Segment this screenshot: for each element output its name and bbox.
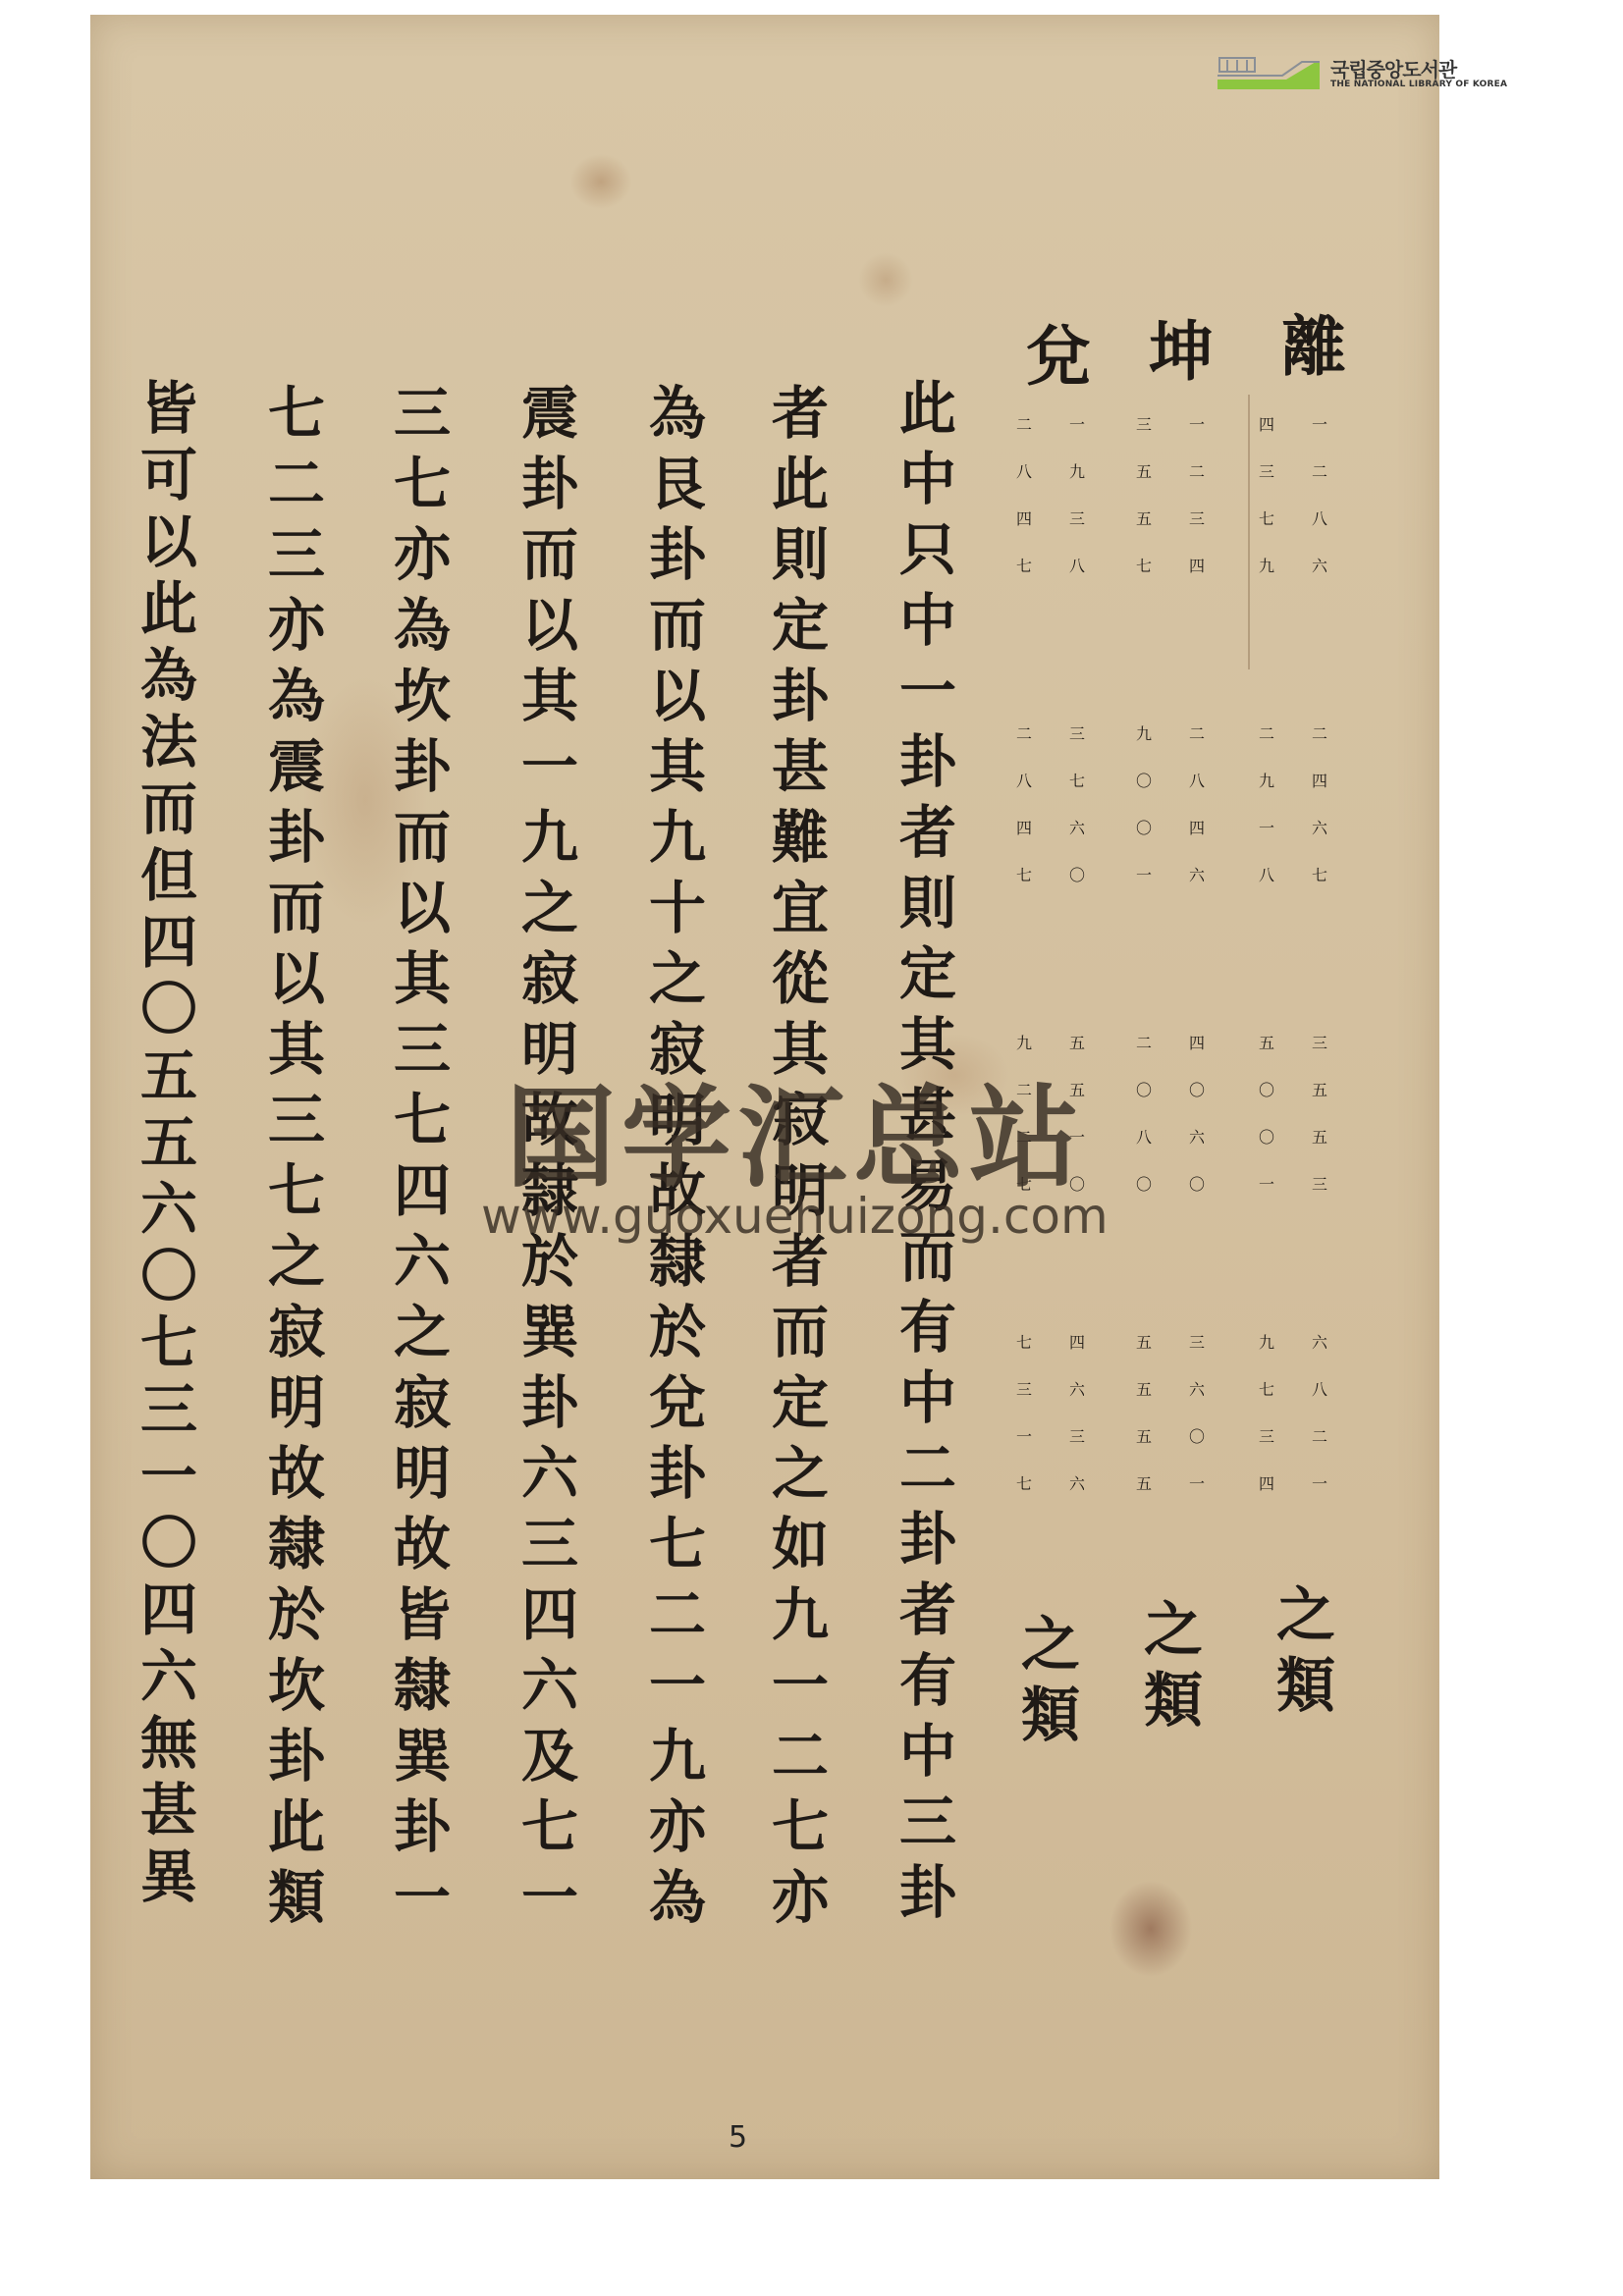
- number-column: 一二三四: [1172, 412, 1221, 601]
- number-digit: 五: [1312, 1078, 1327, 1125]
- number-digit: 七: [1259, 507, 1274, 554]
- number-column: 一九三八: [1053, 412, 1102, 601]
- number-digit: 一: [1016, 1424, 1032, 1471]
- number-digit: 九: [1136, 721, 1152, 769]
- prose-column-6: 七二三亦為震卦而以其三七之寂明故隸於坎卦此類: [257, 383, 326, 1938]
- number-digit: 五: [1136, 507, 1152, 554]
- number-column: 二九一八: [1242, 721, 1291, 910]
- number-digit: 二: [1312, 721, 1327, 769]
- number-column: 二八四七: [1000, 412, 1049, 601]
- number-column: 三七六〇: [1053, 721, 1102, 910]
- table-heading-kun: 坤: [1149, 299, 1214, 393]
- number-digit: 五: [1312, 1125, 1327, 1172]
- library-logo: 국립중앙도서관 THE NATIONAL LIBRARY OF KOREA: [1217, 54, 1512, 98]
- number-digit: 七: [1259, 1377, 1274, 1424]
- number-digit: 一: [1259, 816, 1274, 863]
- number-digit: 二: [1312, 1424, 1327, 1471]
- number-group: 一二八六 四三七九: [1242, 412, 1344, 601]
- table-heading-dui: 兌: [1026, 304, 1091, 398]
- number-digit: 七: [1016, 1330, 1032, 1377]
- number-group: 一二三四 三五五七: [1119, 412, 1221, 601]
- number-digit: 五: [1136, 1424, 1152, 1471]
- number-digit: 一: [1312, 412, 1327, 459]
- number-digit: 二: [1136, 1031, 1152, 1078]
- number-digit: 三: [1259, 459, 1274, 507]
- number-digit: 七: [1069, 769, 1085, 816]
- number-digit: 三: [1069, 1424, 1085, 1471]
- number-column: 九七三四: [1242, 1330, 1291, 1519]
- number-digit: 〇: [1189, 1172, 1205, 1219]
- number-group: 四六三六 七三一七: [1000, 1330, 1102, 1519]
- number-digit: 五: [1136, 1471, 1152, 1519]
- number-digit: 八: [1312, 1377, 1327, 1424]
- number-digit: 二: [1312, 459, 1327, 507]
- number-digit: 六: [1312, 816, 1327, 863]
- number-digit: 二: [1189, 459, 1205, 507]
- library-name-english: THE NATIONAL LIBRARY OF KOREA: [1330, 80, 1507, 89]
- suffix-char: 之: [1144, 1595, 1203, 1666]
- number-digit: 六: [1069, 1471, 1085, 1519]
- number-column: 六八二一: [1295, 1330, 1344, 1519]
- number-digit: 六: [1312, 1330, 1327, 1377]
- number-group: 三五五三 五〇〇一: [1242, 1031, 1344, 1219]
- number-digit: 九: [1259, 1330, 1274, 1377]
- number-digit: 三: [1259, 1424, 1274, 1471]
- number-column: 四六三六: [1053, 1330, 1102, 1519]
- number-digit: 九: [1259, 769, 1274, 816]
- table-suffix: 之類: [1276, 1580, 1335, 1722]
- number-digit: 〇: [1259, 1078, 1274, 1125]
- number-digit: 八: [1189, 769, 1205, 816]
- watermark-title: 国学汇总站: [506, 1050, 1085, 1208]
- number-digit: 〇: [1189, 1078, 1205, 1125]
- number-digit: 五: [1136, 1377, 1152, 1424]
- number-column: 九〇〇一: [1119, 721, 1168, 910]
- number-digit: 四: [1069, 1330, 1085, 1377]
- number-column: 二八四六: [1172, 721, 1221, 910]
- number-column: 三六〇一: [1172, 1330, 1221, 1519]
- number-column: 七三一七: [1000, 1330, 1049, 1519]
- number-column: 二〇八〇: [1119, 1031, 1168, 1219]
- number-digit: 〇: [1136, 769, 1152, 816]
- number-digit: 三: [1312, 1031, 1327, 1078]
- number-digit: 二: [1259, 721, 1274, 769]
- number-digit: 六: [1189, 1125, 1205, 1172]
- number-digit: 二: [1016, 412, 1032, 459]
- number-group: 二四六七 二九一八: [1242, 721, 1344, 910]
- number-digit: 八: [1136, 1125, 1152, 1172]
- number-digit: 三: [1136, 412, 1152, 459]
- table-suffix: 之類: [1144, 1595, 1203, 1736]
- number-digit: 〇: [1136, 816, 1152, 863]
- number-group: 一九三八 二八四七: [1000, 412, 1102, 601]
- number-digit: 〇: [1069, 863, 1085, 910]
- number-digit: 八: [1069, 554, 1085, 601]
- suffix-char: 類: [1276, 1651, 1335, 1722]
- number-digit: 八: [1259, 863, 1274, 910]
- number-group: 三七六〇 二八四七: [1000, 721, 1102, 910]
- number-group: 三六〇一 五五五五: [1119, 1330, 1221, 1519]
- number-column: 五〇〇一: [1242, 1031, 1291, 1219]
- number-digit: 四: [1016, 816, 1032, 863]
- number-digit: 三: [1189, 507, 1205, 554]
- number-digit: 七: [1312, 863, 1327, 910]
- number-group: 四〇六〇 二〇八〇: [1119, 1031, 1221, 1219]
- number-digit: 六: [1069, 816, 1085, 863]
- number-digit: 九: [1259, 554, 1274, 601]
- number-digit: 七: [1136, 554, 1152, 601]
- number-group: 六八二一 九七三四: [1242, 1330, 1344, 1519]
- number-digit: 八: [1016, 459, 1032, 507]
- number-digit: 一: [1189, 412, 1205, 459]
- number-column: 二八四七: [1000, 721, 1049, 910]
- number-digit: 四: [1259, 412, 1274, 459]
- number-digit: 四: [1189, 554, 1205, 601]
- library-name-korean: 국립중앙도서관: [1330, 54, 1456, 82]
- number-digit: 六: [1189, 863, 1205, 910]
- number-digit: 二: [1016, 721, 1032, 769]
- number-digit: 三: [1069, 721, 1085, 769]
- suffix-char: 之: [1276, 1580, 1335, 1651]
- table-suffix: 之類: [1021, 1610, 1080, 1751]
- number-digit: 三: [1189, 1330, 1205, 1377]
- number-digit: 八: [1312, 507, 1327, 554]
- number-column: 四〇六〇: [1172, 1031, 1221, 1219]
- number-digit: 八: [1016, 769, 1032, 816]
- number-digit: 六: [1069, 1377, 1085, 1424]
- number-digit: 四: [1016, 507, 1032, 554]
- watermark-url: www.guoxuehuizong.com: [481, 1188, 1109, 1245]
- prose-column-7: 皆可以此為法而但四〇五五六〇七三一〇四六無甚異: [130, 378, 198, 1913]
- number-digit: 一: [1136, 863, 1152, 910]
- number-digit: 四: [1259, 1471, 1274, 1519]
- number-digit: 五: [1259, 1031, 1274, 1078]
- number-column: 四三七九: [1242, 412, 1291, 601]
- number-digit: 九: [1069, 459, 1085, 507]
- number-digit: 七: [1016, 1471, 1032, 1519]
- library-emblem-icon: [1217, 56, 1321, 91]
- number-digit: 一: [1259, 1172, 1274, 1219]
- number-digit: 五: [1136, 1330, 1152, 1377]
- number-digit: 〇: [1136, 1078, 1152, 1125]
- number-digit: 六: [1312, 554, 1327, 601]
- suffix-char: 類: [1144, 1666, 1203, 1736]
- number-digit: 二: [1189, 721, 1205, 769]
- number-digit: 〇: [1136, 1172, 1152, 1219]
- number-digit: 〇: [1259, 1125, 1274, 1172]
- number-digit: 一: [1189, 1471, 1205, 1519]
- prose-column-5: 三七亦為坎卦而以其三七四六之寂明故皆隸巽卦一: [383, 383, 452, 1938]
- number-digit: 〇: [1189, 1424, 1205, 1471]
- number-digit: 三: [1069, 507, 1085, 554]
- number-digit: 三: [1016, 1377, 1032, 1424]
- number-digit: 四: [1312, 769, 1327, 816]
- number-digit: 三: [1312, 1172, 1327, 1219]
- number-digit: 四: [1189, 816, 1205, 863]
- number-digit: 四: [1189, 1031, 1205, 1078]
- number-digit: 五: [1136, 459, 1152, 507]
- number-column: 三五五七: [1119, 412, 1168, 601]
- number-column: 一二八六: [1295, 412, 1344, 601]
- table-heading-li: 離: [1281, 294, 1346, 388]
- number-digit: 六: [1189, 1377, 1205, 1424]
- page-number: 5: [729, 2120, 747, 2155]
- suffix-char: 之: [1021, 1610, 1080, 1681]
- number-column: 二四六七: [1295, 721, 1344, 910]
- number-digit: 一: [1312, 1471, 1327, 1519]
- number-digit: 七: [1016, 554, 1032, 601]
- number-column: 五五五五: [1119, 1330, 1168, 1519]
- number-column: 三五五三: [1295, 1031, 1344, 1219]
- number-group: 二八四六 九〇〇一: [1119, 721, 1221, 910]
- number-digit: 一: [1069, 412, 1085, 459]
- suffix-char: 類: [1021, 1681, 1080, 1751]
- number-digit: 七: [1016, 863, 1032, 910]
